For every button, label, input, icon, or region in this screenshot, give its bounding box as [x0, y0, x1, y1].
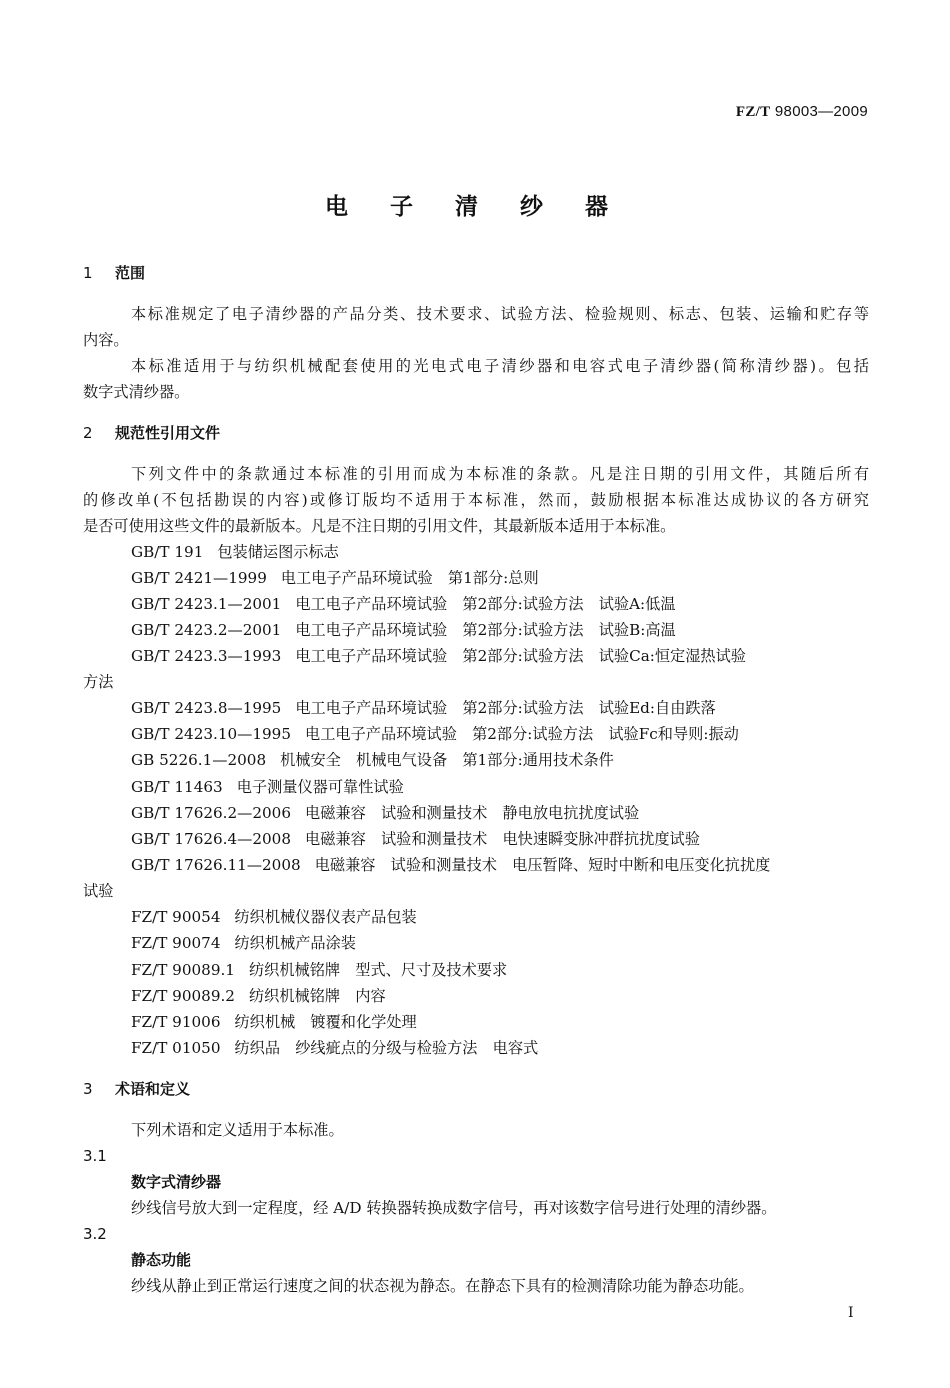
clause-number: 3.2 — [83, 1224, 869, 1244]
reference-item: FZ/T 91006纺织机械 镀覆和化学处理 — [131, 1012, 917, 1032]
reference-item: GB/T 2423.1—2001电工电子产品环境试验 第2部分:试验方法 试验A… — [131, 594, 917, 614]
reference-item: GB/T 17626.2—2006电磁兼容 试验和测量技术 静电放电抗扰度试验 — [131, 803, 917, 823]
paragraph-line: 本标准规定了电子清纱器的产品分类、技术要求、试验方法、检验规则、标志、包装、运输… — [131, 304, 869, 324]
paragraph-line: 的修改单(不包括勘误的内容)或修订版均不适用于本标准，然而，鼓励根据本标准达成协… — [83, 490, 869, 510]
term-definition: 纱线从静止到正常运行速度之间的状态视为静态。在静态下具有的检测清除功能为静态功能… — [131, 1276, 917, 1296]
term-name: 数字式清纱器 — [131, 1172, 917, 1192]
section-title: 范围 — [115, 264, 145, 282]
document-title: 电 子 清 纱 器 — [0, 188, 950, 221]
paragraph-line: 数字式清纱器。 — [83, 382, 869, 402]
reference-item: GB/T 17626.4—2008电磁兼容 试验和测量技术 电快速瞬变脉冲群抗扰… — [131, 829, 917, 849]
reference-item: GB/T 2423.2—2001电工电子产品环境试验 第2部分:试验方法 试验B… — [131, 620, 917, 640]
section-3-heading: 3术语和定义 — [83, 1079, 869, 1099]
reference-item: FZ/T 01050纺织品 纱线疵点的分级与检验方法 电容式 — [131, 1038, 917, 1058]
reference-continuation: 方法 — [83, 672, 869, 692]
reference-item: GB 5226.1—2008机械安全 机械电气设备 第1部分:通用技术条件 — [131, 750, 917, 770]
term-name: 静态功能 — [131, 1250, 917, 1270]
clause-number: 3.1 — [83, 1146, 869, 1166]
section-2-heading: 2规范性引用文件 — [83, 423, 869, 443]
section-number: 3 — [83, 1079, 115, 1099]
section-title: 规范性引用文件 — [115, 424, 220, 442]
reference-item: FZ/T 90054纺织机械仪器仪表产品包装 — [131, 907, 917, 927]
paragraph-line: 内容。 — [83, 330, 869, 350]
paragraph-line: 下列文件中的条款通过本标准的引用而成为本标准的条款。凡是注日期的引用文件，其随后… — [131, 464, 869, 484]
reference-item: GB/T 17626.11—2008电磁兼容 试验和测量技术 电压暂降、短时中断… — [131, 855, 917, 875]
section-title: 术语和定义 — [115, 1080, 190, 1098]
standard-number: FZ/T 98003—2009 — [736, 103, 868, 121]
page-number: I — [848, 1305, 854, 1321]
reference-item: GB/T 11463电子测量仪器可靠性试验 — [131, 777, 917, 797]
section-number: 2 — [83, 423, 115, 443]
term-definition: 纱线信号放大到一定程度，经 A/D 转换器转换成数字信号，再对该数字信号进行处理… — [131, 1198, 917, 1218]
section-1-heading: 1范围 — [83, 263, 869, 283]
reference-continuation: 试验 — [83, 881, 869, 901]
section-number: 1 — [83, 263, 115, 283]
paragraph-line: 本标准适用于与纺织机械配套使用的光电式电子清纱器和电容式电子清纱器(简称清纱器)… — [131, 356, 869, 376]
reference-item: GB/T 191包装储运图示标志 — [131, 542, 917, 562]
document-page: FZ/T 98003—2009 电 子 清 纱 器 1范围 本标准规定了电子清纱… — [0, 0, 950, 1388]
reference-item: FZ/T 90074纺织机械产品涂装 — [131, 933, 917, 953]
reference-item: GB/T 2423.3—1993电工电子产品环境试验 第2部分:试验方法 试验C… — [131, 646, 917, 666]
reference-item: GB/T 2423.10—1995电工电子产品环境试验 第2部分:试验方法 试验… — [131, 724, 917, 744]
reference-item: FZ/T 90089.1纺织机械铭牌 型式、尺寸及技术要求 — [131, 960, 917, 980]
paragraph-line: 下列术语和定义适用于本标准。 — [131, 1120, 917, 1140]
reference-item: GB/T 2423.8—1995电工电子产品环境试验 第2部分:试验方法 试验E… — [131, 698, 917, 718]
reference-item: GB/T 2421—1999电工电子产品环境试验 第1部分:总则 — [131, 568, 917, 588]
paragraph-line: 是否可使用这些文件的最新版本。凡是不注日期的引用文件，其最新版本适用于本标准。 — [83, 516, 869, 536]
reference-item: FZ/T 90089.2纺织机械铭牌 内容 — [131, 986, 917, 1006]
standard-code: 98003—2009 — [775, 103, 868, 120]
standard-prefix: FZ/T — [736, 104, 771, 120]
